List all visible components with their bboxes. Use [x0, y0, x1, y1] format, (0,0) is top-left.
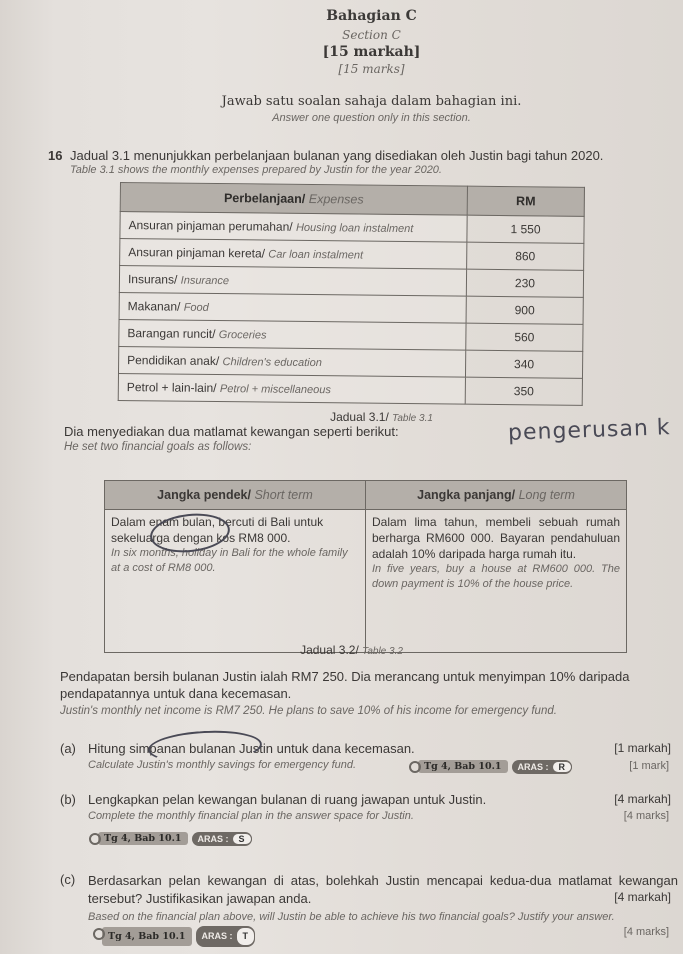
caption-ms: Jadual 3.2/: [300, 643, 359, 657]
expense-item-ms: Insurans/: [128, 272, 178, 287]
income-text-en: Justin's monthly net income is RM7 250. …: [60, 703, 675, 720]
expense-item-ms: Makanan/: [128, 299, 181, 314]
expense-amount: 340: [465, 350, 582, 378]
header-short-term-en: Short term: [254, 488, 312, 502]
part-b-marks-ms: [4 markah]: [614, 792, 671, 806]
question-intro-ms: Jadual 3.1 menunjukkan perbelanjaan bula…: [70, 148, 603, 163]
header-expenses: Perbelanjaan/ Expenses: [120, 183, 467, 216]
expense-amount: 350: [465, 377, 582, 405]
expenses-table: Perbelanjaan/ Expenses RM Ansuran pinjam…: [118, 182, 585, 406]
caption-en: Table 3.2: [362, 646, 403, 657]
question-number: 16: [48, 148, 62, 163]
part-c-text-ms: Berdasarkan pelan kewangan di atas, bole…: [88, 872, 678, 908]
long-term-cell: Dalam lima tahun, membeli sebuah rumah b…: [366, 510, 627, 653]
aras-badge: ARAS :S: [192, 832, 252, 846]
expense-item-en: Food: [184, 302, 209, 314]
aras-badge: ARAS :R: [512, 760, 573, 774]
expense-item-en: Groceries: [219, 329, 267, 341]
part-c-marks-en: [4 marks]: [624, 926, 669, 938]
goals-intro-en: He set two financial goals as follows:: [64, 441, 251, 453]
short-term-cell: Dalam enam bulan, bercuti di Bali untuk …: [105, 510, 366, 653]
syllabus-ref-badge: Tg 4, Bab 10.1: [418, 760, 508, 773]
expense-amount: 860: [467, 242, 584, 270]
part-a-label: (a): [60, 741, 76, 756]
expense-amount: 1 550: [467, 215, 584, 243]
part-b-text-ms: Lengkapkan pelan kewangan bulanan di rua…: [88, 792, 486, 807]
header-long-term-en: Long term: [519, 488, 575, 502]
part-c-text-en: Based on the financial plan above, will …: [88, 909, 678, 947]
caption-ms: Jadual 3.1/: [330, 410, 389, 424]
header-short-term-ms: Jangka pendek/: [157, 488, 251, 502]
expense-item: Barangan runcit/ Groceries: [119, 319, 466, 350]
expense-item: Ansuran pinjaman kereta/ Car loan instal…: [120, 239, 467, 270]
syllabus-ref-badge: Tg 4, Bab 10.1: [102, 927, 192, 946]
part-c-text-en-body: Based on the financial plan above, will …: [88, 911, 615, 923]
part-b-tags: Tg 4, Bab 10.1 ARAS :S: [98, 830, 252, 848]
expense-item-ms: Pendidikan anak/: [127, 353, 219, 368]
short-term-text-ms: Dalam enam bulan, bercuti di Bali untuk …: [111, 514, 359, 546]
part-b-label: (b): [60, 792, 76, 807]
caption-en: Table 3.1: [392, 413, 433, 424]
header-amount: RM: [467, 186, 584, 216]
part-a-tags: Tg 4, Bab 10.1 ARAS :R: [418, 758, 572, 776]
goals-table: Jangka pendek/ Short term Jangka panjang…: [104, 480, 627, 653]
expense-row: Petrol + lain-lain/ Petrol + miscellaneo…: [118, 373, 582, 405]
part-b-text-en: Complete the monthly financial plan in t…: [88, 810, 414, 822]
expense-item: Insurans/ Insurance: [119, 266, 466, 297]
header-short-term: Jangka pendek/ Short term: [105, 481, 366, 510]
section-title-en: Section C: [0, 28, 683, 42]
expense-item-ms: Barangan runcit/: [127, 326, 215, 341]
aras-label: ARAS :: [198, 834, 229, 844]
part-b-marks-en: [4 marks]: [624, 810, 669, 822]
goals-table-header: Jangka pendek/ Short term Jangka panjang…: [105, 481, 627, 510]
aras-level: S: [232, 833, 252, 845]
header-long-term: Jangka panjang/ Long term: [366, 481, 627, 510]
instruction-en: Answer one question only in this section…: [0, 112, 683, 124]
aras-badge: ARAS :T: [196, 926, 256, 947]
long-term-text-ms: Dalam lima tahun, membeli sebuah rumah b…: [372, 514, 620, 562]
long-term-text-en: In five years, buy a house at RM600 000.…: [372, 562, 620, 592]
syllabus-ref-badge: Tg 4, Bab 10.1: [98, 832, 188, 845]
goals-intro-ms: Dia menyediakan dua matlamat kewangan se…: [64, 424, 399, 439]
expense-amount: 900: [466, 296, 583, 324]
expense-item-en: Housing loan instalment: [296, 222, 414, 235]
header-expenses-en: Expenses: [309, 192, 364, 207]
expense-item: Petrol + lain-lain/ Petrol + miscellaneo…: [118, 373, 465, 404]
section-title-ms: Bahagian C: [0, 8, 683, 24]
aras-level: T: [236, 927, 256, 946]
aras-label: ARAS :: [202, 928, 233, 945]
expense-amount: 230: [466, 269, 583, 297]
instruction-ms: Jawab satu soalan sahaja dalam bahagian …: [0, 94, 683, 109]
part-c-marks-ms: [4 markah]: [614, 890, 671, 904]
expense-item: Ansuran pinjaman perumahan/ Housing loan…: [120, 212, 467, 243]
expense-item-ms: Ansuran pinjaman kereta/: [128, 245, 265, 260]
question-intro-en: Table 3.1 shows the monthly expenses pre…: [70, 164, 442, 176]
table-3-2-caption: Jadual 3.2/ Table 3.2: [0, 643, 683, 657]
short-term-text-en: In six months, holiday in Bali for the w…: [111, 546, 359, 576]
section-marks-en: [15 marks]: [0, 62, 683, 76]
expense-item-en: Car loan instalment: [268, 249, 363, 262]
expense-item-en: Petrol + miscellaneous: [220, 383, 331, 396]
expense-item-ms: Petrol + lain-lain/: [127, 380, 217, 395]
header-expenses-ms: Perbelanjaan/: [224, 191, 305, 206]
part-c-label: (c): [60, 872, 75, 887]
handwritten-note: pengerusan k: [508, 415, 671, 446]
income-text-ms: Pendapatan bersih bulanan Justin ialah R…: [60, 668, 675, 702]
section-marks-ms: [15 markah]: [0, 44, 683, 60]
part-a-marks-en: [1 mark]: [629, 760, 669, 772]
expense-amount: 560: [466, 323, 583, 351]
part-a-marks-ms: [1 markah]: [614, 741, 671, 755]
aras-level: R: [552, 761, 573, 773]
expense-item: Makanan/ Food: [119, 292, 466, 323]
header-long-term-ms: Jangka panjang/: [417, 488, 515, 502]
aras-label: ARAS :: [518, 762, 549, 772]
expense-item-en: Insurance: [181, 275, 229, 288]
expense-item: Pendidikan anak/ Children's education: [118, 346, 465, 377]
expense-item-ms: Ansuran pinjaman perumahan/: [128, 218, 292, 234]
expense-item-en: Children's education: [222, 356, 321, 369]
